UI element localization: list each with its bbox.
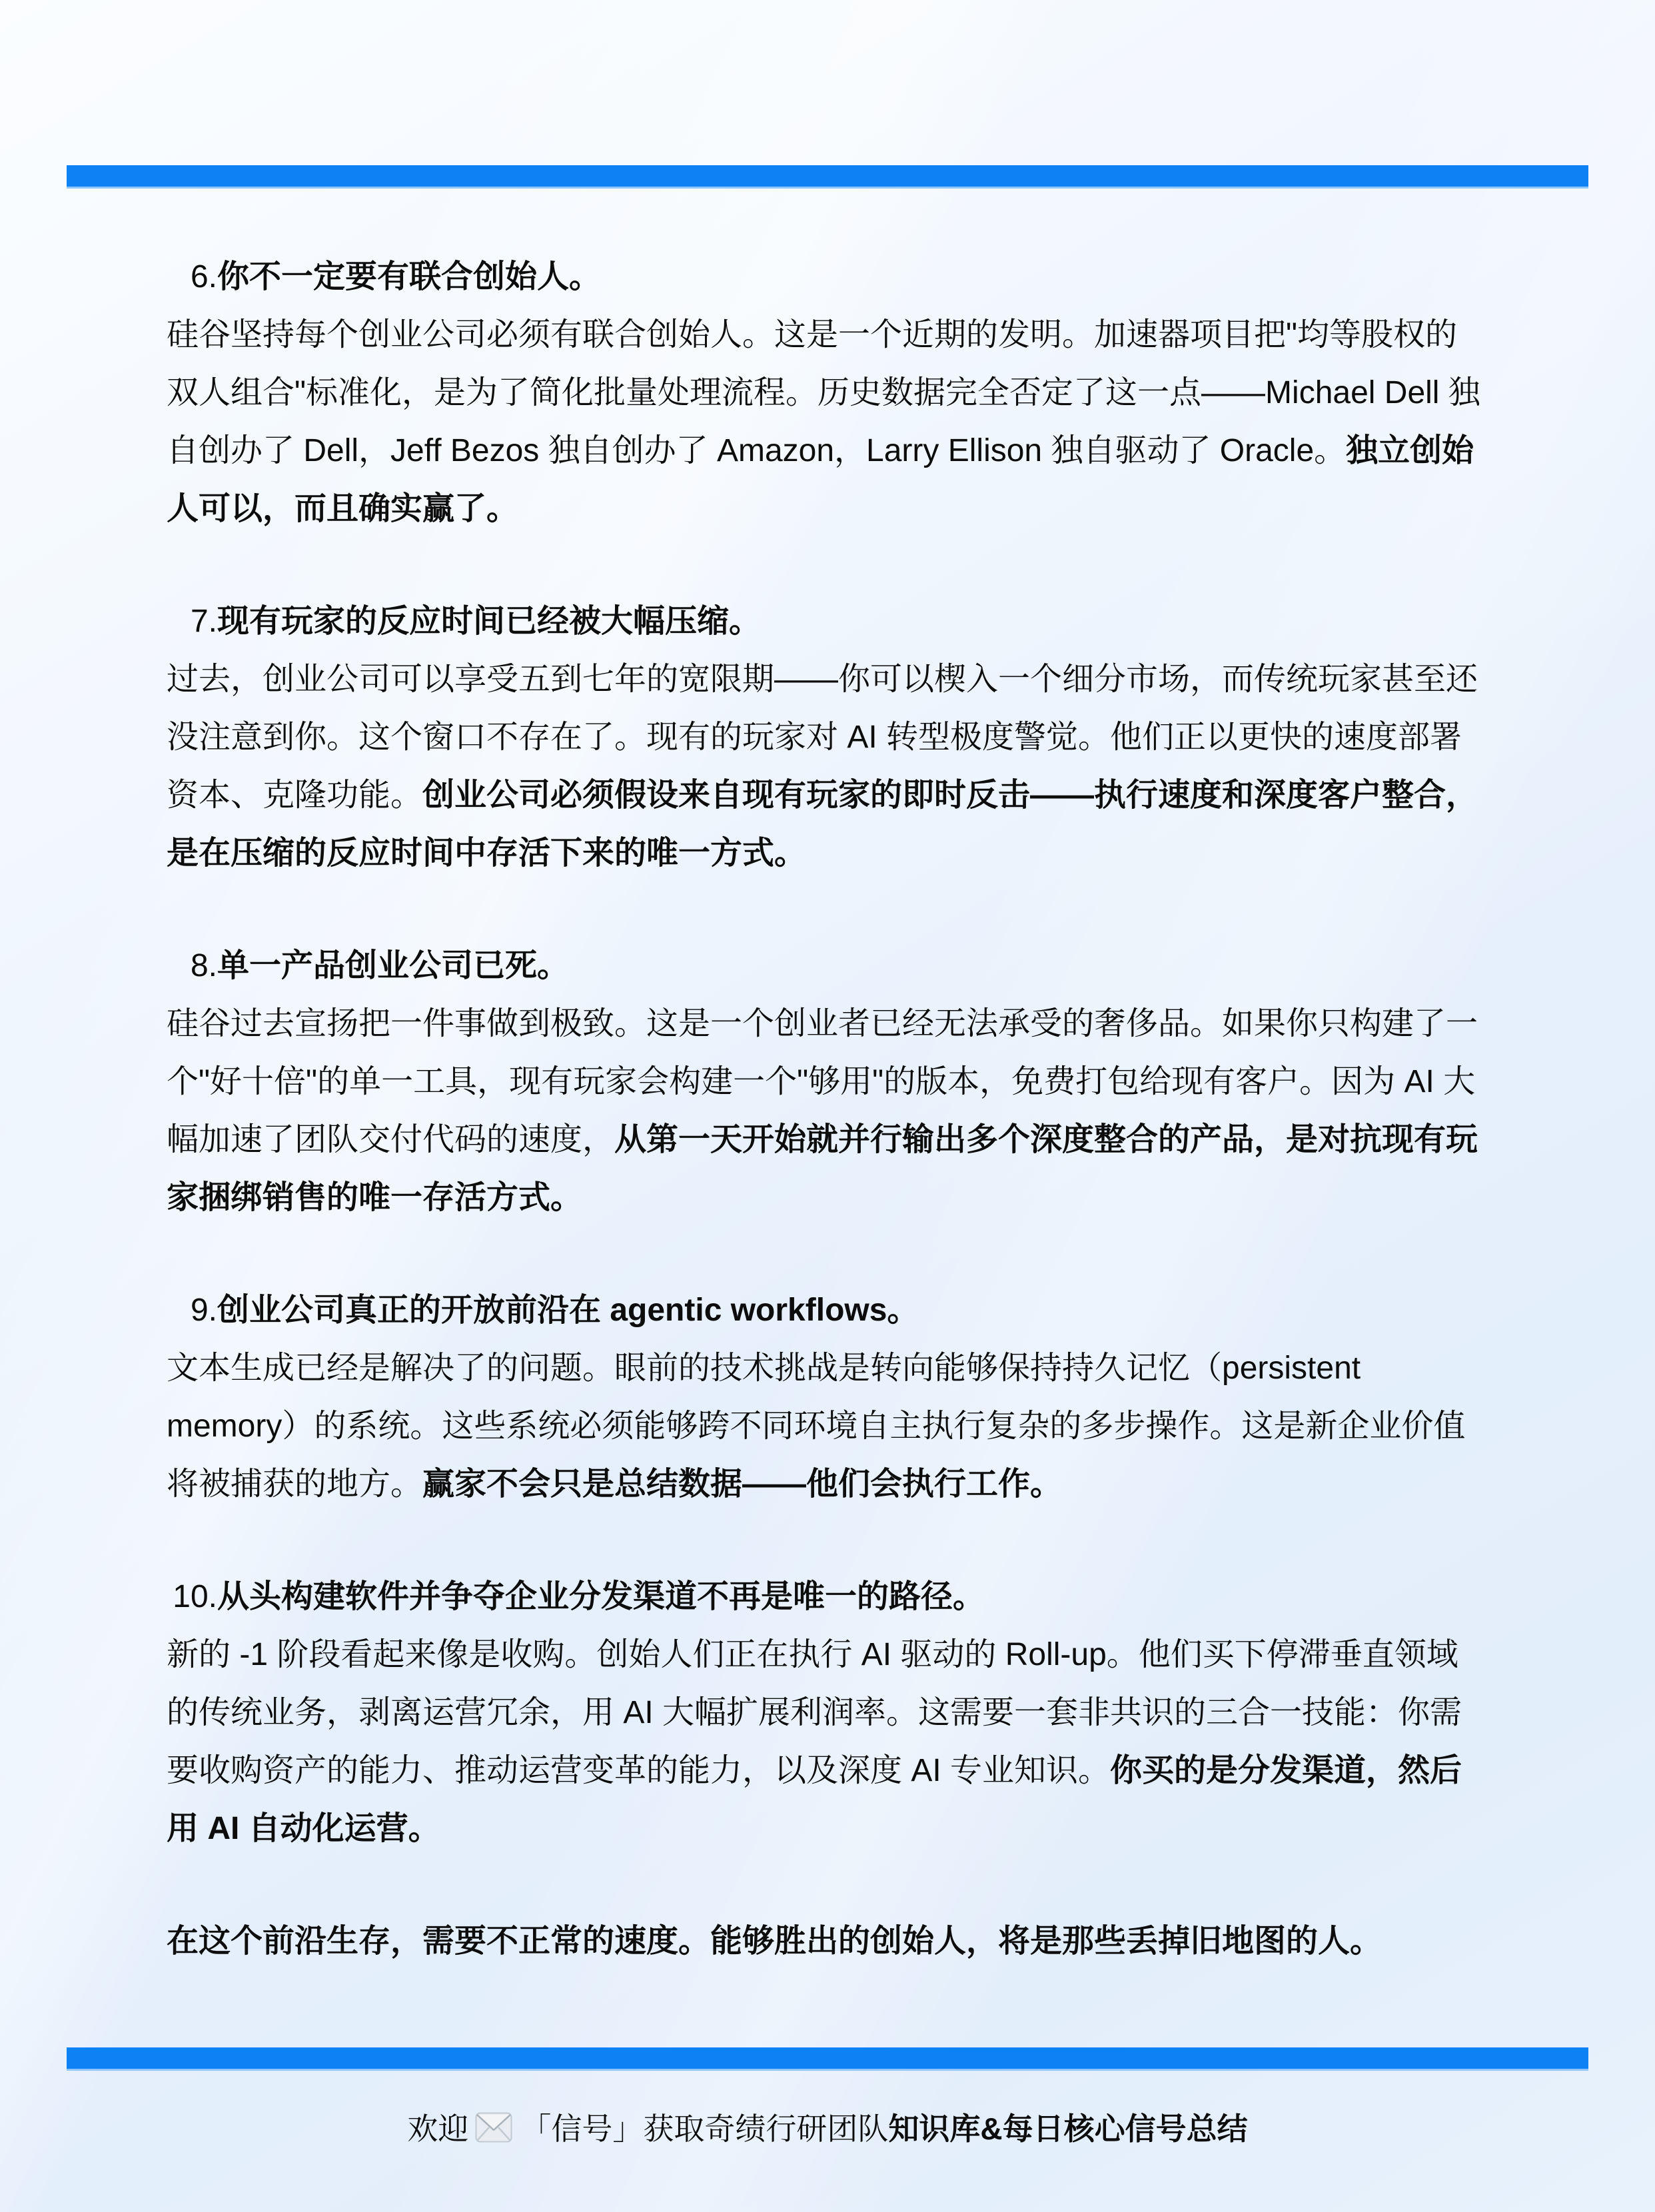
- section-paragraph: 过去，创业公司可以享受五到七年的宽限期——你可以楔入一个细分市场，而传统玩家甚至…: [167, 650, 1488, 882]
- envelope-icon: [475, 2112, 512, 2143]
- heading-number: 7.: [167, 592, 217, 650]
- section-heading: 8.单一产品创业公司已死。: [167, 937, 1488, 995]
- heading-number: 10.: [167, 1568, 217, 1626]
- heading-title: 创业公司真正的开放前沿在 agentic workflows。: [217, 1293, 919, 1328]
- section-heading: 6.你不一定要有联合创始人。: [167, 248, 1488, 306]
- heading-title: 你不一定要有联合创始人。: [217, 259, 601, 294]
- section-heading: 7.现有玩家的反应时间已经被大幅压缩。: [167, 592, 1488, 650]
- content: 6.你不一定要有联合创始人。 硅谷坚持每个创业公司必须有联合创始人。这是一个近期…: [167, 248, 1488, 1970]
- heading-number: 9.: [167, 1281, 217, 1339]
- section-7: 7.现有玩家的反应时间已经被大幅压缩。 过去，创业公司可以享受五到七年的宽限期—…: [167, 592, 1488, 882]
- section-paragraph: 新的 -1 阶段看起来像是收购。创始人们正在执行 AI 驱动的 Roll-up。…: [167, 1626, 1488, 1858]
- bottom-divider-bar: [67, 2047, 1588, 2071]
- section-10: 10.从头构建软件并争夺企业分发渠道不再是唯一的路径。 新的 -1 阶段看起来像…: [167, 1568, 1488, 1858]
- heading-title: 单一产品创业公司已死。: [217, 948, 569, 983]
- section-9: 9.创业公司真正的开放前沿在 agentic workflows。 文本生成已经…: [167, 1281, 1488, 1513]
- heading-number: 8.: [167, 937, 217, 995]
- section-paragraph: 硅谷坚持每个创业公司必须有联合创始人。这是一个近期的发明。加速器项目把"均等股权…: [167, 306, 1488, 538]
- section-heading: 9.创业公司真正的开放前沿在 agentic workflows。: [167, 1281, 1488, 1339]
- section-paragraph: 文本生成已经是解决了的问题。眼前的技术挑战是转向能够保持持久记忆（persist…: [167, 1339, 1488, 1513]
- section-6: 6.你不一定要有联合创始人。 硅谷坚持每个创业公司必须有联合创始人。这是一个近期…: [167, 248, 1488, 538]
- heading-title: 从头构建软件并争夺企业分发渠道不再是唯一的路径。: [217, 1579, 985, 1614]
- footer-bold-text: 知识库&每日核心信号总结: [888, 2111, 1247, 2146]
- footer-prefix: 欢迎: [407, 2111, 468, 2146]
- footer-text: 「信号」获取奇绩行研团队: [520, 2111, 888, 2146]
- page: 6.你不一定要有联合创始人。 硅谷坚持每个创业公司必须有联合创始人。这是一个近期…: [0, 0, 1655, 2212]
- section-8: 8.单一产品创业公司已死。 硅谷过去宣扬把一件事做到极致。这是一个创业者已经无法…: [167, 937, 1488, 1227]
- closing-statement: 在这个前沿生存，需要不正常的速度。能够胜出的创始人，将是那些丢掉旧地图的人。: [167, 1912, 1488, 1970]
- heading-number: 6.: [167, 248, 217, 306]
- footer: 欢迎「信号」获取奇绩行研团队知识库&每日核心信号总结: [0, 2100, 1655, 2158]
- heading-title: 现有玩家的反应时间已经被大幅压缩。: [217, 604, 761, 639]
- section-heading: 10.从头构建软件并争夺企业分发渠道不再是唯一的路径。: [167, 1568, 1488, 1626]
- top-divider-bar: [67, 165, 1588, 189]
- section-paragraph: 硅谷过去宣扬把一件事做到极致。这是一个创业者已经无法承受的奢侈品。如果你只构建了…: [167, 995, 1488, 1227]
